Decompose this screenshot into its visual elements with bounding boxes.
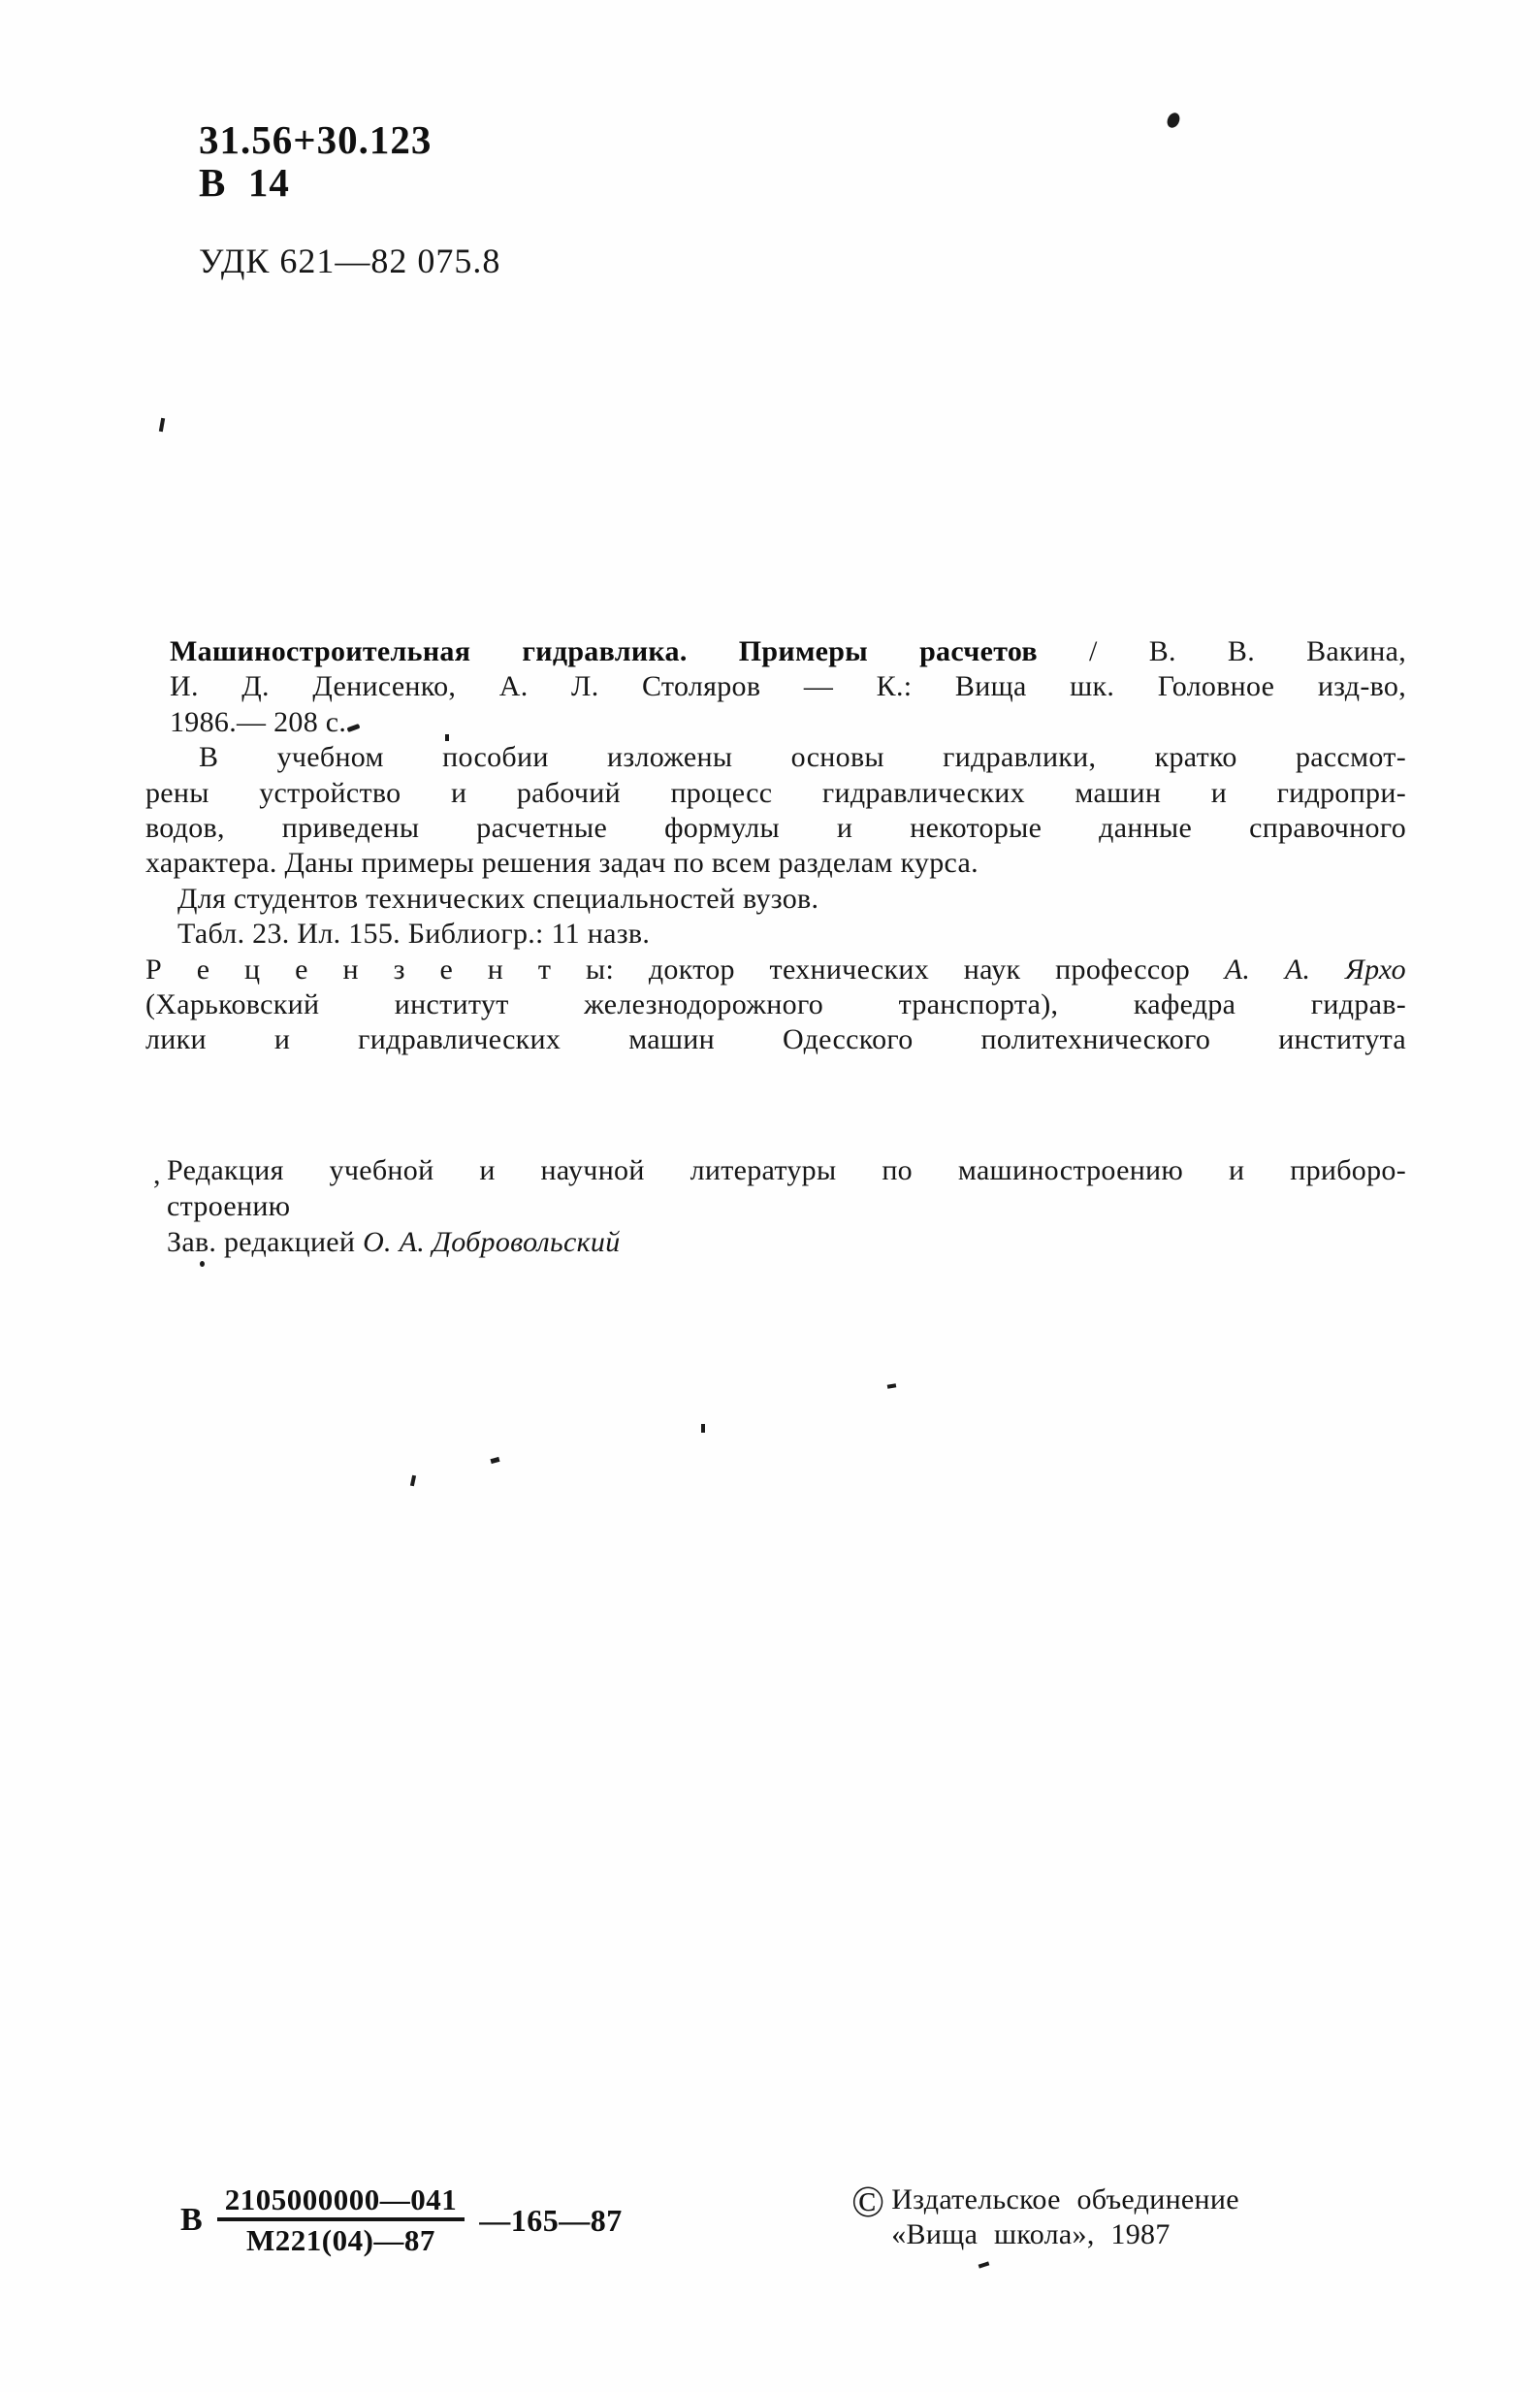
scan-speck bbox=[159, 418, 165, 432]
editor-name: О. А. Добровольский bbox=[363, 1226, 620, 1258]
reviewer-name: А. А. Ярхо bbox=[1225, 954, 1406, 986]
scan-speck bbox=[701, 1424, 705, 1433]
annotation-line-2: рены устройство и рабочий процесс гидрав… bbox=[145, 776, 1406, 811]
stats-line: Табл. 23. Ил. 155. Библиогр.: 11 назв. bbox=[145, 917, 1406, 952]
reviewers-degree-text: доктор технических наук профессор bbox=[614, 954, 1225, 986]
book-imprint-page: 31.56+30.123 В 14 УДК 621—82 075.8 Машин… bbox=[0, 0, 1540, 2392]
udc-code: УДК 621—82 075.8 bbox=[199, 241, 500, 281]
audience-line: Для студентов технических специальностей… bbox=[145, 882, 1406, 917]
copyright-block: © Издательское объединение «Вища школа»,… bbox=[851, 2182, 1239, 2252]
author-sign-code: В 14 bbox=[199, 161, 290, 205]
editorial-chief-line: Зав. редакцией О. А. Добровольский bbox=[145, 1224, 1406, 1260]
scan-speck bbox=[491, 1457, 500, 1464]
series-letter: В bbox=[180, 2202, 203, 2239]
book-title: Машиностроительная гидравлика. Примеры р… bbox=[170, 635, 1038, 667]
annotation-line-1: В учебном пособии изложены основы гидрав… bbox=[145, 740, 1406, 775]
bibliography-line-1: Машиностроительная гидравлика. Примеры р… bbox=[145, 634, 1406, 669]
reviewers-line-1: Р е ц е н з е н т ы: доктор технических … bbox=[145, 953, 1406, 987]
bibliography-authors: / В. В. Вакина, bbox=[1038, 635, 1406, 667]
scan-speck bbox=[200, 1261, 205, 1267]
scan-speck bbox=[410, 1475, 416, 1487]
bibliography-line-2: И. Д. Денисенко, А. Л. Столяров — К.: Ви… bbox=[145, 669, 1406, 704]
scan-speck bbox=[1165, 111, 1182, 130]
imprint-denominator: М221(04)—87 bbox=[217, 2217, 465, 2256]
scan-speck bbox=[887, 1383, 897, 1389]
reviewers-line-2: (Харьковский институт железнодорожного т… bbox=[145, 987, 1406, 1022]
bbk-classification-code: 31.56+30.123 bbox=[199, 118, 432, 162]
scan-speck bbox=[979, 2261, 990, 2268]
reviewers-line-3: лики и гидравлических машин Одесского по… bbox=[145, 1022, 1406, 1057]
imprint-numerator: 2105000000—041 bbox=[217, 2184, 465, 2217]
publisher-lines: Издательское объединение «Вища школа», 1… bbox=[891, 2182, 1239, 2252]
editorial-block: Редакция учебной и научной литературы по… bbox=[145, 1152, 1406, 1260]
imprint-order-code: —165—87 bbox=[479, 2203, 623, 2239]
copyright-symbol: © bbox=[851, 2182, 884, 2221]
bibliographic-block: Машиностроительная гидравлика. Примеры р… bbox=[145, 634, 1406, 1058]
editorial-line-2: строению bbox=[145, 1188, 1406, 1224]
imprint-code-block: В 2105000000—041 М221(04)—87 —165—87 bbox=[180, 2184, 623, 2256]
bibliography-line-3: 1986.— 208 с. bbox=[145, 705, 1406, 740]
publisher-line-1: Издательское объединение bbox=[891, 2182, 1239, 2217]
editorial-line-1: Редакция учебной и научной литературы по… bbox=[145, 1152, 1406, 1188]
scan-speck bbox=[445, 734, 449, 741]
reviewers-label: Р е ц е н з е н т ы: bbox=[145, 954, 614, 986]
imprint-fraction: 2105000000—041 М221(04)—87 bbox=[217, 2184, 465, 2256]
publisher-line-2: «Вища школа», 1987 bbox=[891, 2217, 1239, 2252]
editorial-chief-label: Зав. редакцией bbox=[167, 1226, 363, 1258]
annotation-line-3: водов, приведены расчетные формулы и нек… bbox=[145, 811, 1406, 846]
annotation-line-4: характера. Даны примеры решения задач по… bbox=[145, 846, 1406, 881]
